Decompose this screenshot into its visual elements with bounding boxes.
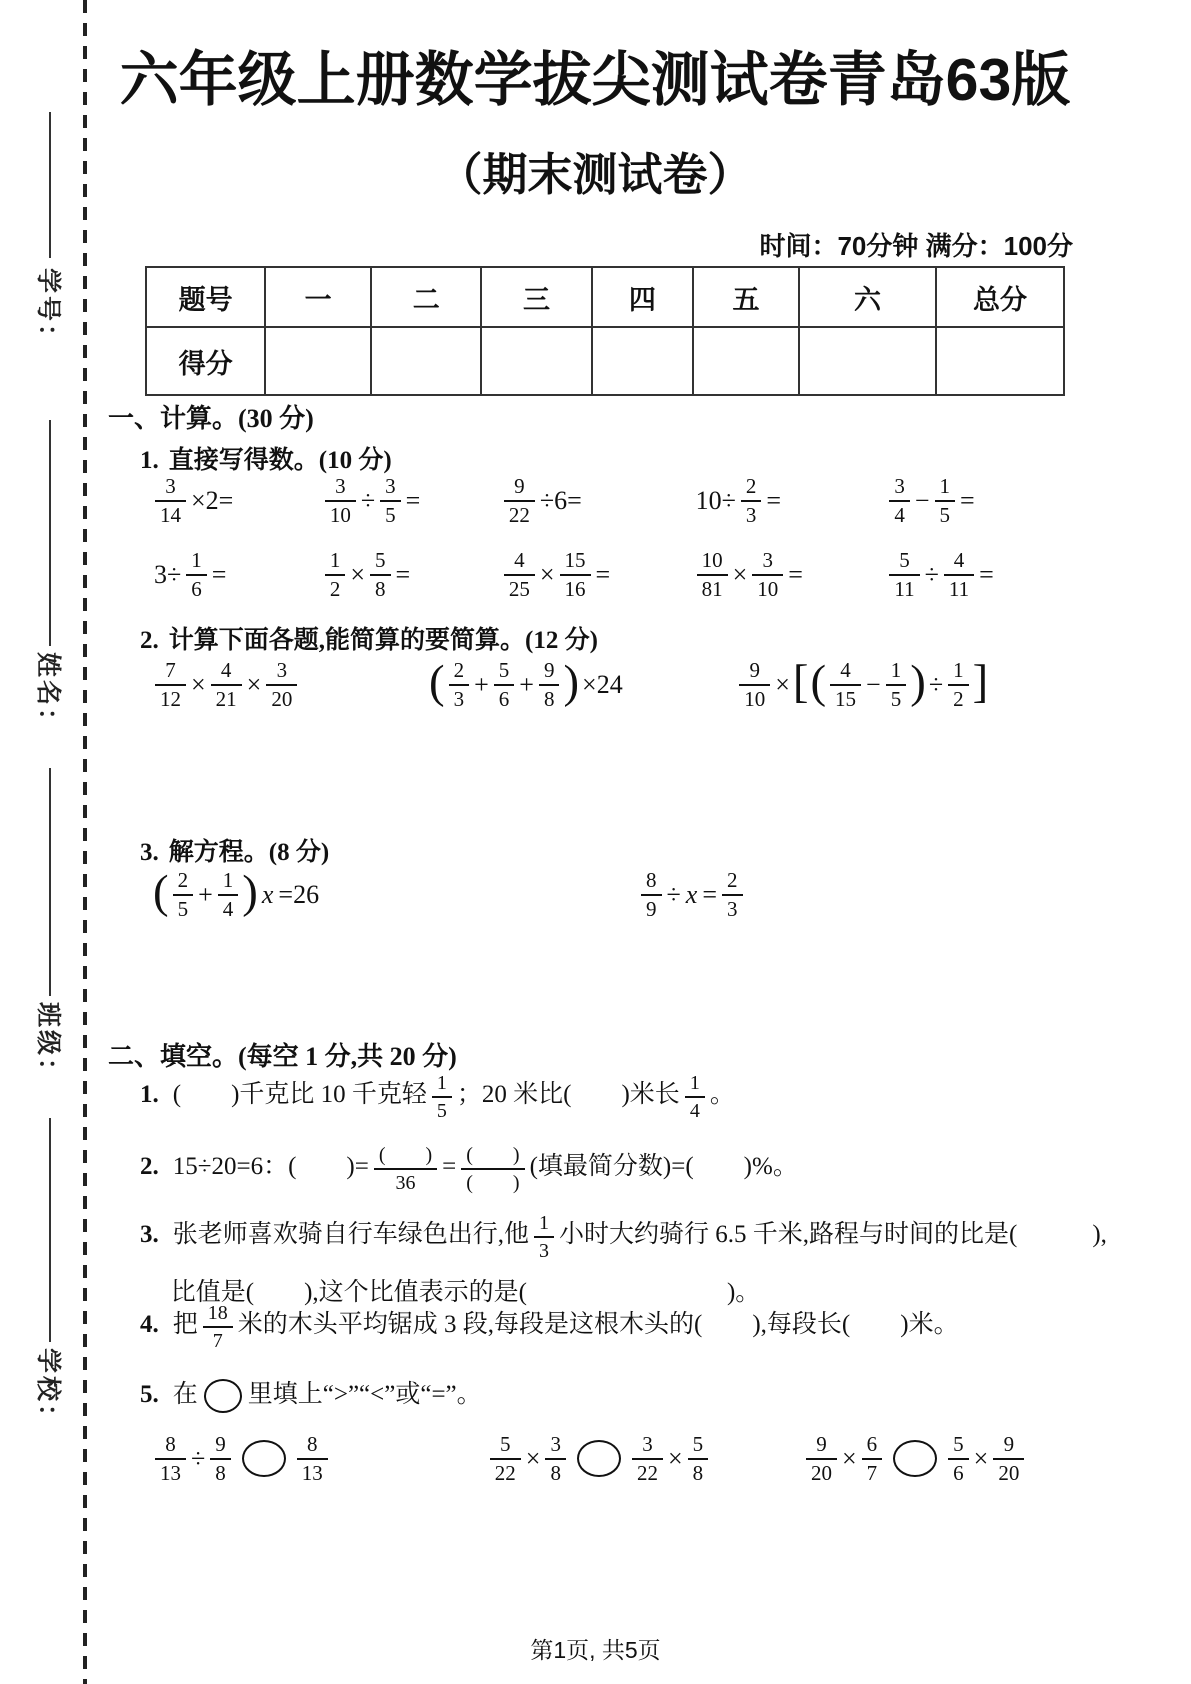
fraction: 23 <box>449 658 470 711</box>
fraction: 16 <box>186 548 207 601</box>
fraction: 910 <box>739 658 770 711</box>
math-expression: 922÷6= <box>501 474 694 527</box>
fraction: ( )36 <box>374 1143 437 1194</box>
math-text: (填最简分数)=( )%。 <box>530 1153 798 1180</box>
question-body: 在里填上“>”“<”或“=”。 <box>171 1366 1130 1424</box>
fraction: 511 <box>889 548 919 601</box>
score-cell-empty <box>481 327 591 395</box>
math-text: × <box>540 560 555 590</box>
page-number: 第1页, 共5页 <box>0 1632 1191 1665</box>
simplify-calc-row: 712×421×320 (23+56+98)×24 910×[(415−15)÷… <box>152 658 1072 711</box>
fraction: 25 <box>173 868 194 921</box>
bracket: ( <box>153 873 169 913</box>
question-text: 直接写得数。(10 分) <box>169 447 392 474</box>
score-table-header-row: 题号 一 二 三 四 五 六 总分 <box>146 267 1064 327</box>
math-text: = <box>960 486 975 516</box>
student-id-fill-line <box>49 112 51 258</box>
fraction: 314 <box>155 474 186 527</box>
math-expression: 310÷35= <box>322 474 501 527</box>
math-expression: 15÷20=6：( )=( )36=( )( )(填最简分数)=( )%。 <box>171 1153 800 1180</box>
comparison-row: 813÷98813 522×38322×58 920×6756×920 <box>152 1432 1082 1485</box>
math-expression: 522×38322×58 <box>487 1432 803 1485</box>
score-table-header-cell: 五 <box>693 267 799 327</box>
fraction: 1516 <box>560 548 591 601</box>
fraction: 1081 <box>697 548 728 601</box>
math-text: ÷ <box>929 670 943 700</box>
fraction: 14 <box>685 1071 705 1122</box>
score-table: 题号 一 二 三 四 五 六 总分 得分 <box>145 266 1065 396</box>
fraction: 34 <box>889 474 910 527</box>
math-text: ( )千克比 10 千克轻 <box>173 1081 427 1108</box>
math-text: ×2= <box>191 486 233 516</box>
math-text: × <box>350 560 365 590</box>
fraction: 922 <box>504 474 535 527</box>
math-expression: 712×421×320 <box>152 658 428 711</box>
math-text: = <box>396 560 411 590</box>
math-expression: 12×58= <box>322 548 501 601</box>
fraction: 415 <box>830 658 861 711</box>
question-2-heading: 2.计算下面各题,能简算的要简算。(12 分) <box>140 620 598 656</box>
bracket: ) <box>242 873 258 913</box>
score-cell-empty <box>592 327 693 395</box>
score-cell-empty <box>799 327 936 395</box>
math-text: 10÷ <box>696 486 736 516</box>
math-text: = <box>442 1153 456 1180</box>
score-table-header-cell: 一 <box>265 267 371 327</box>
math-text: 3÷ <box>154 560 181 590</box>
math-text: × <box>191 670 206 700</box>
fraction: 522 <box>490 1432 521 1485</box>
fraction: 89 <box>641 868 662 921</box>
name-fill-line <box>49 420 51 646</box>
sidebar-label-class: 班级： <box>22 1002 68 1102</box>
fraction: 310 <box>325 474 356 527</box>
comparison-circle <box>893 1440 937 1477</box>
question-number: 1. <box>140 447 159 474</box>
exam-title: 六年级上册数学拔尖测试卷青岛63版 <box>100 32 1090 117</box>
fraction: 421 <box>211 658 242 711</box>
math-text: = <box>766 486 781 516</box>
math-expression: (25+14)x=26 <box>152 868 638 921</box>
math-text: 。 <box>710 1081 735 1108</box>
comparison-circle <box>204 1379 242 1413</box>
math-expression: 10÷23= <box>694 474 887 527</box>
math-text: = <box>702 880 717 910</box>
math-text: + <box>474 670 489 700</box>
fraction: 712 <box>155 658 186 711</box>
fraction: 813 <box>297 1432 328 1485</box>
math-expression: 920×6756×920 <box>803 1432 1082 1485</box>
fraction: ( )( ) <box>461 1143 524 1194</box>
math-text: + <box>198 880 213 910</box>
math-text: ÷ <box>667 880 681 910</box>
math-text: 15÷20=6：( )= <box>173 1153 369 1180</box>
fraction: 310 <box>752 548 783 601</box>
question-1-heading: 1.直接写得数。(10 分) <box>140 440 392 476</box>
math-expression: 3÷16= <box>152 548 322 601</box>
variable: x <box>262 880 274 910</box>
fraction: 56 <box>948 1432 969 1485</box>
score-table-header-cell: 题号 <box>146 267 265 327</box>
fraction: 920 <box>806 1432 837 1485</box>
fraction: 15 <box>886 658 907 711</box>
math-expression: ( )千克比 10 千克轻15；20 米比( )米长14。 <box>171 1081 737 1108</box>
bracket: ( <box>429 663 445 703</box>
math-text: × <box>668 1444 683 1474</box>
math-text: ÷ <box>191 1444 205 1474</box>
math-text: × <box>775 670 790 700</box>
exam-subtitle: （期末测试卷） <box>100 138 1090 203</box>
question-text: 解方程。(8 分) <box>169 839 329 866</box>
section1-heading: 一、计算。(30 分) <box>108 398 314 435</box>
math-expression: 813÷98813 <box>152 1432 487 1485</box>
question-number: 1. <box>140 1066 159 1124</box>
math-text: 把 <box>173 1311 198 1338</box>
school-fill-line <box>49 1118 51 1342</box>
math-expression: 910×[(415−15)÷12] <box>736 658 1072 711</box>
score-table-header-cell: 总分 <box>936 267 1064 327</box>
score-cell-empty <box>936 327 1064 395</box>
math-text: = <box>212 560 227 590</box>
fraction: 411 <box>944 548 974 601</box>
math-expression: 1081×310= <box>694 548 887 601</box>
math-text: = <box>788 560 803 590</box>
question-number: 3. <box>140 839 159 866</box>
bracket: ( <box>810 663 826 703</box>
fraction: 425 <box>504 548 535 601</box>
sidebar-label-school: 学校： <box>22 1348 68 1452</box>
mental-calc-row-1: 314×2= 310÷35= 922÷6= 10÷23= 34−15= <box>152 474 1070 527</box>
fraction: 12 <box>325 548 346 601</box>
math-text: 张老师喜欢骑自行车绿色出行,他 <box>173 1221 529 1248</box>
fraction: 13 <box>534 1211 554 1262</box>
math-text: × <box>733 560 748 590</box>
fraction: 98 <box>210 1432 231 1485</box>
fraction: 322 <box>632 1432 663 1485</box>
fraction: 920 <box>993 1432 1024 1485</box>
question-text: 计算下面各题,能简算的要简算。(12 分) <box>169 627 598 654</box>
math-expression: 34−15= <box>886 474 1070 527</box>
question-body: 把187米的木头平均锯成 3 段,每段是这根木头的( ),每段长( )米。 <box>171 1296 1130 1354</box>
math-text: × <box>974 1444 989 1474</box>
math-text: =26 <box>278 880 319 910</box>
fraction: 58 <box>688 1432 709 1485</box>
bracket: ] <box>973 663 989 703</box>
math-text: + <box>519 670 534 700</box>
fraction: 15 <box>935 474 956 527</box>
fraction: 35 <box>380 474 401 527</box>
score-cell-empty <box>371 327 481 395</box>
question-number: 2. <box>140 627 159 654</box>
fill-question-4: 4. 把187米的木头平均锯成 3 段,每段是这根木头的( ),每段长( )米。 <box>140 1296 1130 1354</box>
exam-page: 学号： 姓名： 班级： 学校： 六年级上册数学拔尖测试卷青岛63版 （期末测试卷… <box>0 0 1191 1684</box>
comparison-circle <box>242 1440 286 1477</box>
math-text: 里填上“>”“<”或“=”。 <box>248 1381 482 1408</box>
fill-question-5: 5. 在里填上“>”“<”或“=”。 <box>140 1366 1130 1424</box>
math-expression: 张老师喜欢骑自行车绿色出行,他13小时大约骑行 6.5 千米,路程与时间的比是(… <box>171 1221 1107 1306</box>
math-expression: 511÷411= <box>886 548 1070 601</box>
score-cell-empty <box>265 327 371 395</box>
score-table-header-cell: 三 <box>481 267 591 327</box>
math-text: ÷ <box>925 560 939 590</box>
math-text: ×24 <box>582 670 623 700</box>
fraction: 187 <box>203 1301 233 1352</box>
score-table-header-cell: 四 <box>592 267 693 327</box>
fraction: 23 <box>722 868 743 921</box>
question-body: ( )千克比 10 千克轻15；20 米比( )米长14。 <box>171 1066 1130 1124</box>
math-text: ÷6= <box>540 486 582 516</box>
fraction: 56 <box>494 658 515 711</box>
question-number: 2. <box>140 1138 159 1196</box>
bracket: ) <box>910 663 926 703</box>
variable: x <box>686 880 698 910</box>
question-number: 4. <box>140 1296 159 1354</box>
math-expression: 89÷x=23 <box>638 868 1052 921</box>
math-text: − <box>915 486 930 516</box>
score-row-label: 得分 <box>146 327 265 395</box>
math-text: = <box>596 560 611 590</box>
question-number: 3. <box>140 1206 159 1264</box>
math-expression: 314×2= <box>152 474 322 527</box>
fraction: 23 <box>741 474 762 527</box>
math-expression: 在里填上“>”“<”或“=”。 <box>171 1381 484 1408</box>
math-text: − <box>866 670 881 700</box>
math-expression: 425×1516= <box>501 548 694 601</box>
fraction: 813 <box>155 1432 186 1485</box>
math-text: = <box>979 560 994 590</box>
bracket: ) <box>563 663 579 703</box>
score-table-header-cell: 六 <box>799 267 936 327</box>
fraction: 14 <box>218 868 239 921</box>
comparison-circle <box>577 1440 621 1477</box>
fraction: 12 <box>948 658 969 711</box>
math-text: 在 <box>173 1381 198 1408</box>
math-text: ÷ <box>361 486 375 516</box>
fill-question-1: 1. ( )千克比 10 千克轻15；20 米比( )米长14。 <box>140 1066 1130 1124</box>
math-expression: (23+56+98)×24 <box>428 658 736 711</box>
math-expression: 把187米的木头平均锯成 3 段,每段是这根木头的( ),每段长( )米。 <box>171 1311 961 1338</box>
time-score-info: 时间：70分钟 满分：100分 <box>759 226 1073 263</box>
sidebar-label-student-id: 学号： <box>22 268 68 372</box>
fraction: 98 <box>539 658 560 711</box>
fraction: 67 <box>862 1432 883 1485</box>
math-text: 米的木头平均锯成 3 段,每段是这根木头的( ),每段长( )米。 <box>238 1311 959 1338</box>
fill-question-2: 2. 15÷20=6：( )=( )36=( )( )(填最简分数)=( )%。 <box>140 1138 1130 1196</box>
question-3-heading: 3.解方程。(8 分) <box>140 832 329 868</box>
bracket: [ <box>793 663 809 703</box>
score-cell-empty <box>693 327 799 395</box>
score-table-score-row: 得分 <box>146 327 1064 395</box>
fraction: 15 <box>432 1071 452 1122</box>
equations-row: (25+14)x=26 89÷x=23 <box>152 868 1052 921</box>
fraction: 58 <box>370 548 391 601</box>
class-fill-line <box>49 768 51 996</box>
math-text: × <box>247 670 262 700</box>
math-text: = <box>406 486 421 516</box>
question-body: 15÷20=6：( )=( )36=( )( )(填最简分数)=( )%。 <box>171 1138 1130 1196</box>
score-table-header-cell: 二 <box>371 267 481 327</box>
math-text: × <box>526 1444 541 1474</box>
math-text: × <box>842 1444 857 1474</box>
binding-dashed-line <box>83 0 87 1684</box>
question-number: 5. <box>140 1366 159 1424</box>
sidebar-label-name: 姓名： <box>22 652 68 752</box>
mental-calc-row-2: 3÷16= 12×58= 425×1516= 1081×310= 511÷411… <box>152 548 1070 601</box>
fraction: 320 <box>266 658 297 711</box>
math-text: ；20 米比( )米长 <box>457 1081 680 1108</box>
fraction: 38 <box>545 1432 566 1485</box>
